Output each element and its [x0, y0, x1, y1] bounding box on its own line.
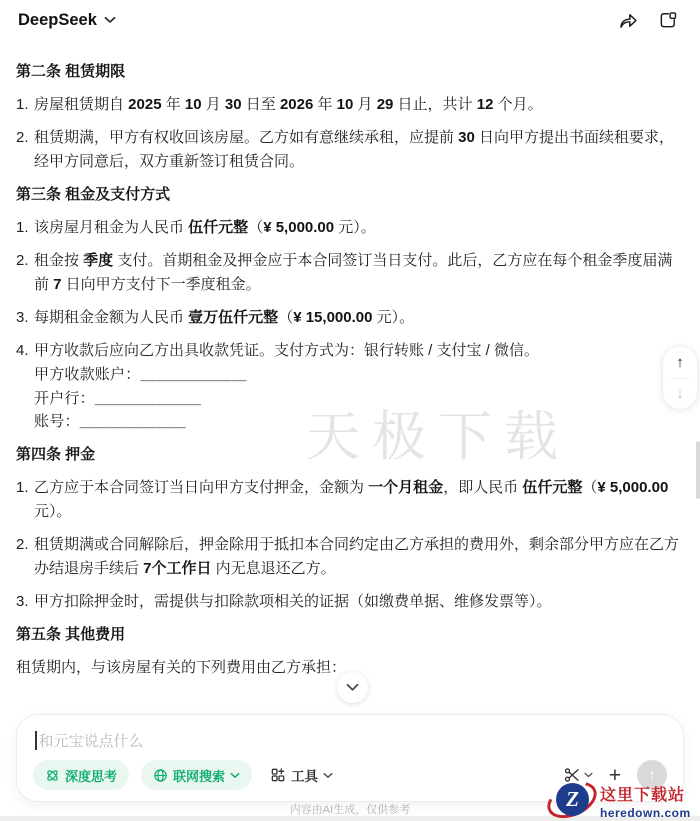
new-window-icon: [658, 10, 678, 30]
contract-clause: 3.每期租金金额为人民币 壹万伍仟元整（¥ 15,000.00 元）。: [16, 306, 684, 330]
clause-number: 1.: [16, 476, 29, 500]
chevron-down-icon: [230, 772, 240, 779]
document-body: 第二条 租赁期限1.房屋租赁期自 2025 年 10 月 30 日至 2026 …: [16, 60, 684, 680]
section-heading: 第三条 租金及支付方式: [16, 183, 684, 207]
arrow-up-icon: ↑: [676, 354, 684, 371]
contract-clause: 4.甲方收款后应向乙方出具收款凭证。支付方式为：银行转账 / 支付宝 / 微信。…: [16, 339, 684, 434]
section-heading: 第四条 押金: [16, 443, 684, 467]
model-title: DeepSeek: [18, 11, 97, 30]
section-heading: 第五条 其他费用: [16, 623, 684, 647]
scroll-down-button[interactable]: ↓: [663, 379, 697, 410]
chevron-down-icon: [346, 683, 359, 692]
web-search-label: 联网搜索: [173, 766, 225, 785]
share-icon: [618, 10, 639, 31]
tools-label: 工具: [291, 765, 318, 785]
share-button[interactable]: [616, 8, 640, 32]
fill-in-line: 账号：＿＿＿＿＿＿＿: [34, 410, 684, 434]
text-cursor: [35, 731, 37, 750]
jump-to-bottom-button[interactable]: [337, 672, 368, 703]
contract-clause: 1.该房屋月租金为人民币 伍仟元整（¥ 5,000.00 元）。: [16, 216, 684, 240]
contract-clause: 3.甲方扣除押金时，需提供与扣除款项相关的证据（如缴费单据、维修发票等）。: [16, 590, 684, 614]
web-search-toggle[interactable]: 联网搜索: [141, 760, 252, 790]
tools-menu-button[interactable]: 工具: [264, 760, 339, 790]
contract-clause: 1.房屋租赁期自 2025 年 10 月 30 日至 2026 年 10 月 2…: [16, 93, 684, 117]
contract-clause: 2.租赁期满或合同解除后，押金除用于抵扣本合同约定由乙方承担的费用外，剩余部分甲…: [16, 533, 684, 581]
clause-number: 1.: [16, 93, 29, 117]
clause-number: 2.: [16, 126, 29, 150]
chevron-down-icon: [323, 772, 333, 779]
tools-grid-icon: [270, 767, 286, 783]
clause-number: 4.: [16, 339, 29, 363]
chevron-down-icon: [104, 16, 116, 24]
top-bar: DeepSeek: [0, 0, 700, 40]
model-selector[interactable]: DeepSeek: [18, 11, 116, 30]
new-window-button[interactable]: [656, 8, 680, 32]
brand-logo-icon: Z: [556, 783, 589, 816]
chevron-down-icon: [584, 772, 593, 778]
chat-message-area: 第二条 租赁期限1.房屋租赁期自 2025 年 10 月 30 日至 2026 …: [0, 40, 700, 821]
contract-clause: 2.租金按 季度 支付。首期租金及押金应于本合同签订当日支付。此后，乙方应在每个…: [16, 249, 684, 297]
deep-think-label: 深度思考: [65, 766, 117, 785]
clause-number: 2.: [16, 249, 29, 273]
arrow-down-icon: ↓: [676, 385, 684, 402]
brand-domain: heredown.com: [600, 806, 691, 820]
fill-in-line: 甲方收款账户：＿＿＿＿＿＿＿: [34, 363, 684, 387]
contract-clause: 2.租赁期满，甲方有权收回该房屋。乙方如有意继续承租，应提前 30 日向甲方提出…: [16, 126, 684, 174]
clause-number: 3.: [16, 306, 29, 330]
brand-site-name: 这里下载站: [600, 782, 685, 805]
scrollbar-thumb[interactable]: [696, 441, 700, 499]
fill-in-line: 开户行：＿＿＿＿＿＿＿: [34, 387, 684, 411]
input-placeholder: 和元宝说点什么: [39, 730, 144, 751]
scroll-up-button[interactable]: ↑: [663, 347, 697, 378]
section-heading: 第二条 租赁期限: [16, 60, 684, 84]
clause-number: 1.: [16, 216, 29, 240]
deep-think-toggle[interactable]: 深度思考: [33, 760, 129, 790]
deepseek-atom-icon: [45, 768, 60, 783]
clause-number: 2.: [16, 533, 29, 557]
scroll-pager: ↑ ↓: [663, 347, 697, 409]
site-brand-watermark: Z 这里下载站 heredown.com: [548, 779, 698, 821]
contract-clause: 1.乙方应于本合同签订当日向甲方支付押金，金额为 一个月租金，即人民币 伍仟元整…: [16, 476, 684, 524]
globe-icon: [153, 768, 168, 783]
chat-input[interactable]: 和元宝说点什么: [17, 715, 683, 751]
brand-letter: Z: [566, 787, 579, 812]
clause-number: 3.: [16, 590, 29, 614]
